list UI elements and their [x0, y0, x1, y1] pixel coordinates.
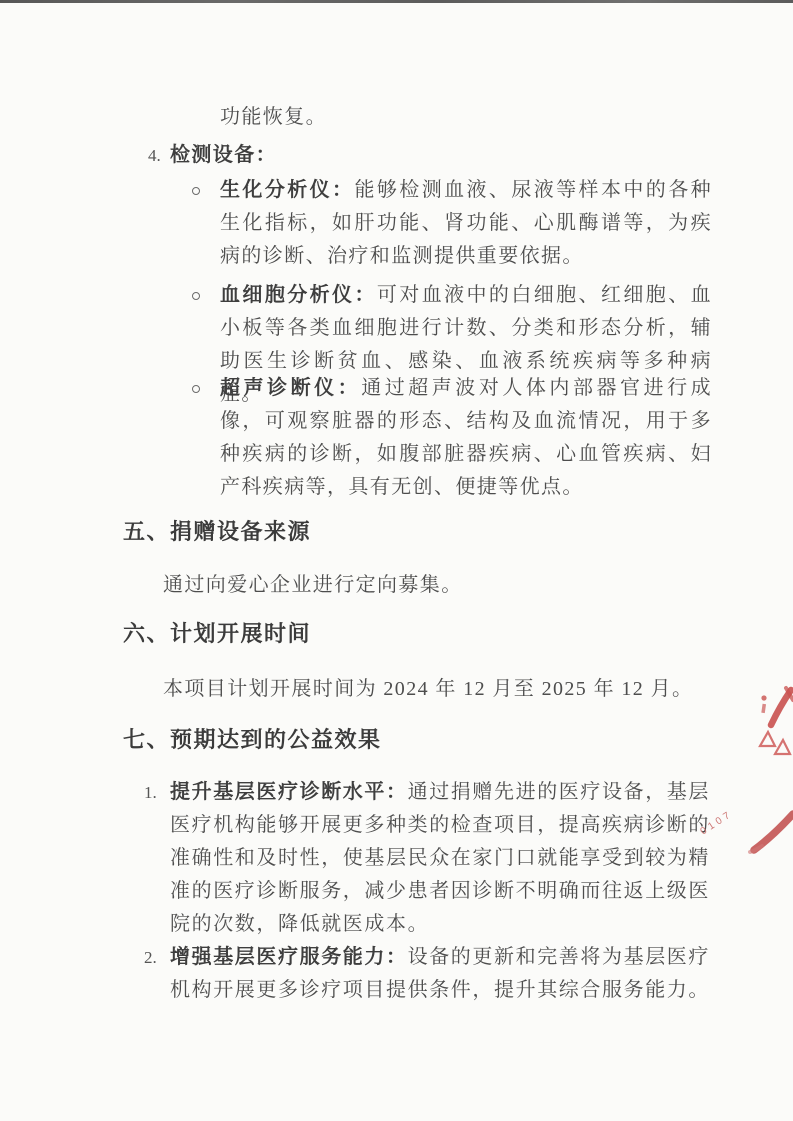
numbered-item-text: 提升基层医疗诊断水平：通过捐赠先进的医疗设备，基层医疗机构能够开展更多种类的检查…	[170, 776, 710, 941]
bullet-circle-icon	[192, 385, 200, 393]
section-heading-6: 六、计划开展时间	[123, 619, 311, 649]
numbered-item-lead: 增强基层医疗服务能力：	[170, 946, 408, 968]
bullet-lead: 超声诊断仪：	[220, 377, 361, 399]
section-5-body: 通过向爱心企业进行定向募集。	[163, 569, 708, 602]
bullet-item-ultrasound: 超声诊断仪：通过超声波对人体内部器官进行成像，可观察脏器的形态、结构及血流情况，…	[0, 372, 793, 504]
bullet-lead: 血细胞分析仪：	[220, 284, 377, 306]
section-heading-5: 五、捐赠设备来源	[123, 517, 311, 547]
list-number: 4.	[148, 139, 161, 172]
list-item-4-label: 检测设备：	[170, 139, 277, 172]
section-heading-7: 七、预期达到的公益效果	[123, 725, 382, 755]
numbered-item-lead: 提升基层医疗诊断水平：	[170, 781, 408, 803]
bullet-lead: 生化分析仪：	[220, 179, 354, 201]
bullet-item-biochemical-analyzer: 生化分析仪：能够检测血液、尿液等样本中的各种生化指标，如肝功能、肾功能、心肌酶谱…	[0, 174, 793, 273]
section-6-body: 本项目计划开展时间为 2024 年 12 月至 2025 年 12 月。	[163, 673, 708, 706]
bullet-circle-icon	[192, 187, 200, 195]
numbered-item-2: 2. 增强基层医疗服务能力：设备的更新和完善将为基层医疗机构开展更多诊疗项目提供…	[0, 941, 793, 1007]
list-number: 1.	[144, 776, 157, 809]
bullet-item-blood-cell-analyzer: 血细胞分析仪：可对血液中的白细胞、红细胞、血小板等各类血细胞进行计数、分类和形态…	[0, 279, 793, 378]
list-item-4: 4. 检测设备：	[0, 139, 793, 172]
scan-edge-artifact	[0, 0, 793, 3]
list-number: 2.	[144, 941, 157, 974]
numbered-item-body: 通过捐赠先进的医疗设备，基层医疗机构能够开展更多种类的检查项目，提高疾病诊断的准…	[170, 781, 710, 935]
continuation-text: 功能恢复。	[220, 101, 712, 134]
scanned-document-page: 功能恢复。 4. 检测设备： 生化分析仪：能够检测血液、尿液等样本中的各种生化指…	[0, 0, 793, 1121]
red-seal-stamp-partial: 0107	[698, 628, 793, 908]
stamp-serial-digits: 0107	[699, 808, 735, 837]
numbered-item-text: 增强基层医疗服务能力：设备的更新和完善将为基层医疗机构开展更多诊疗项目提供条件，…	[170, 941, 710, 1007]
numbered-item-1: 1. 提升基层医疗诊断水平：通过捐赠先进的医疗设备，基层医疗机构能够开展更多种类…	[0, 776, 793, 941]
bullet-circle-icon	[192, 292, 200, 300]
bullet-text: 生化分析仪：能够检测血液、尿液等样本中的各种生化指标，如肝功能、肾功能、心肌酶谱…	[220, 174, 712, 273]
bullet-text: 超声诊断仪：通过超声波对人体内部器官进行成像，可观察脏器的形态、结构及血流情况，…	[220, 372, 712, 504]
